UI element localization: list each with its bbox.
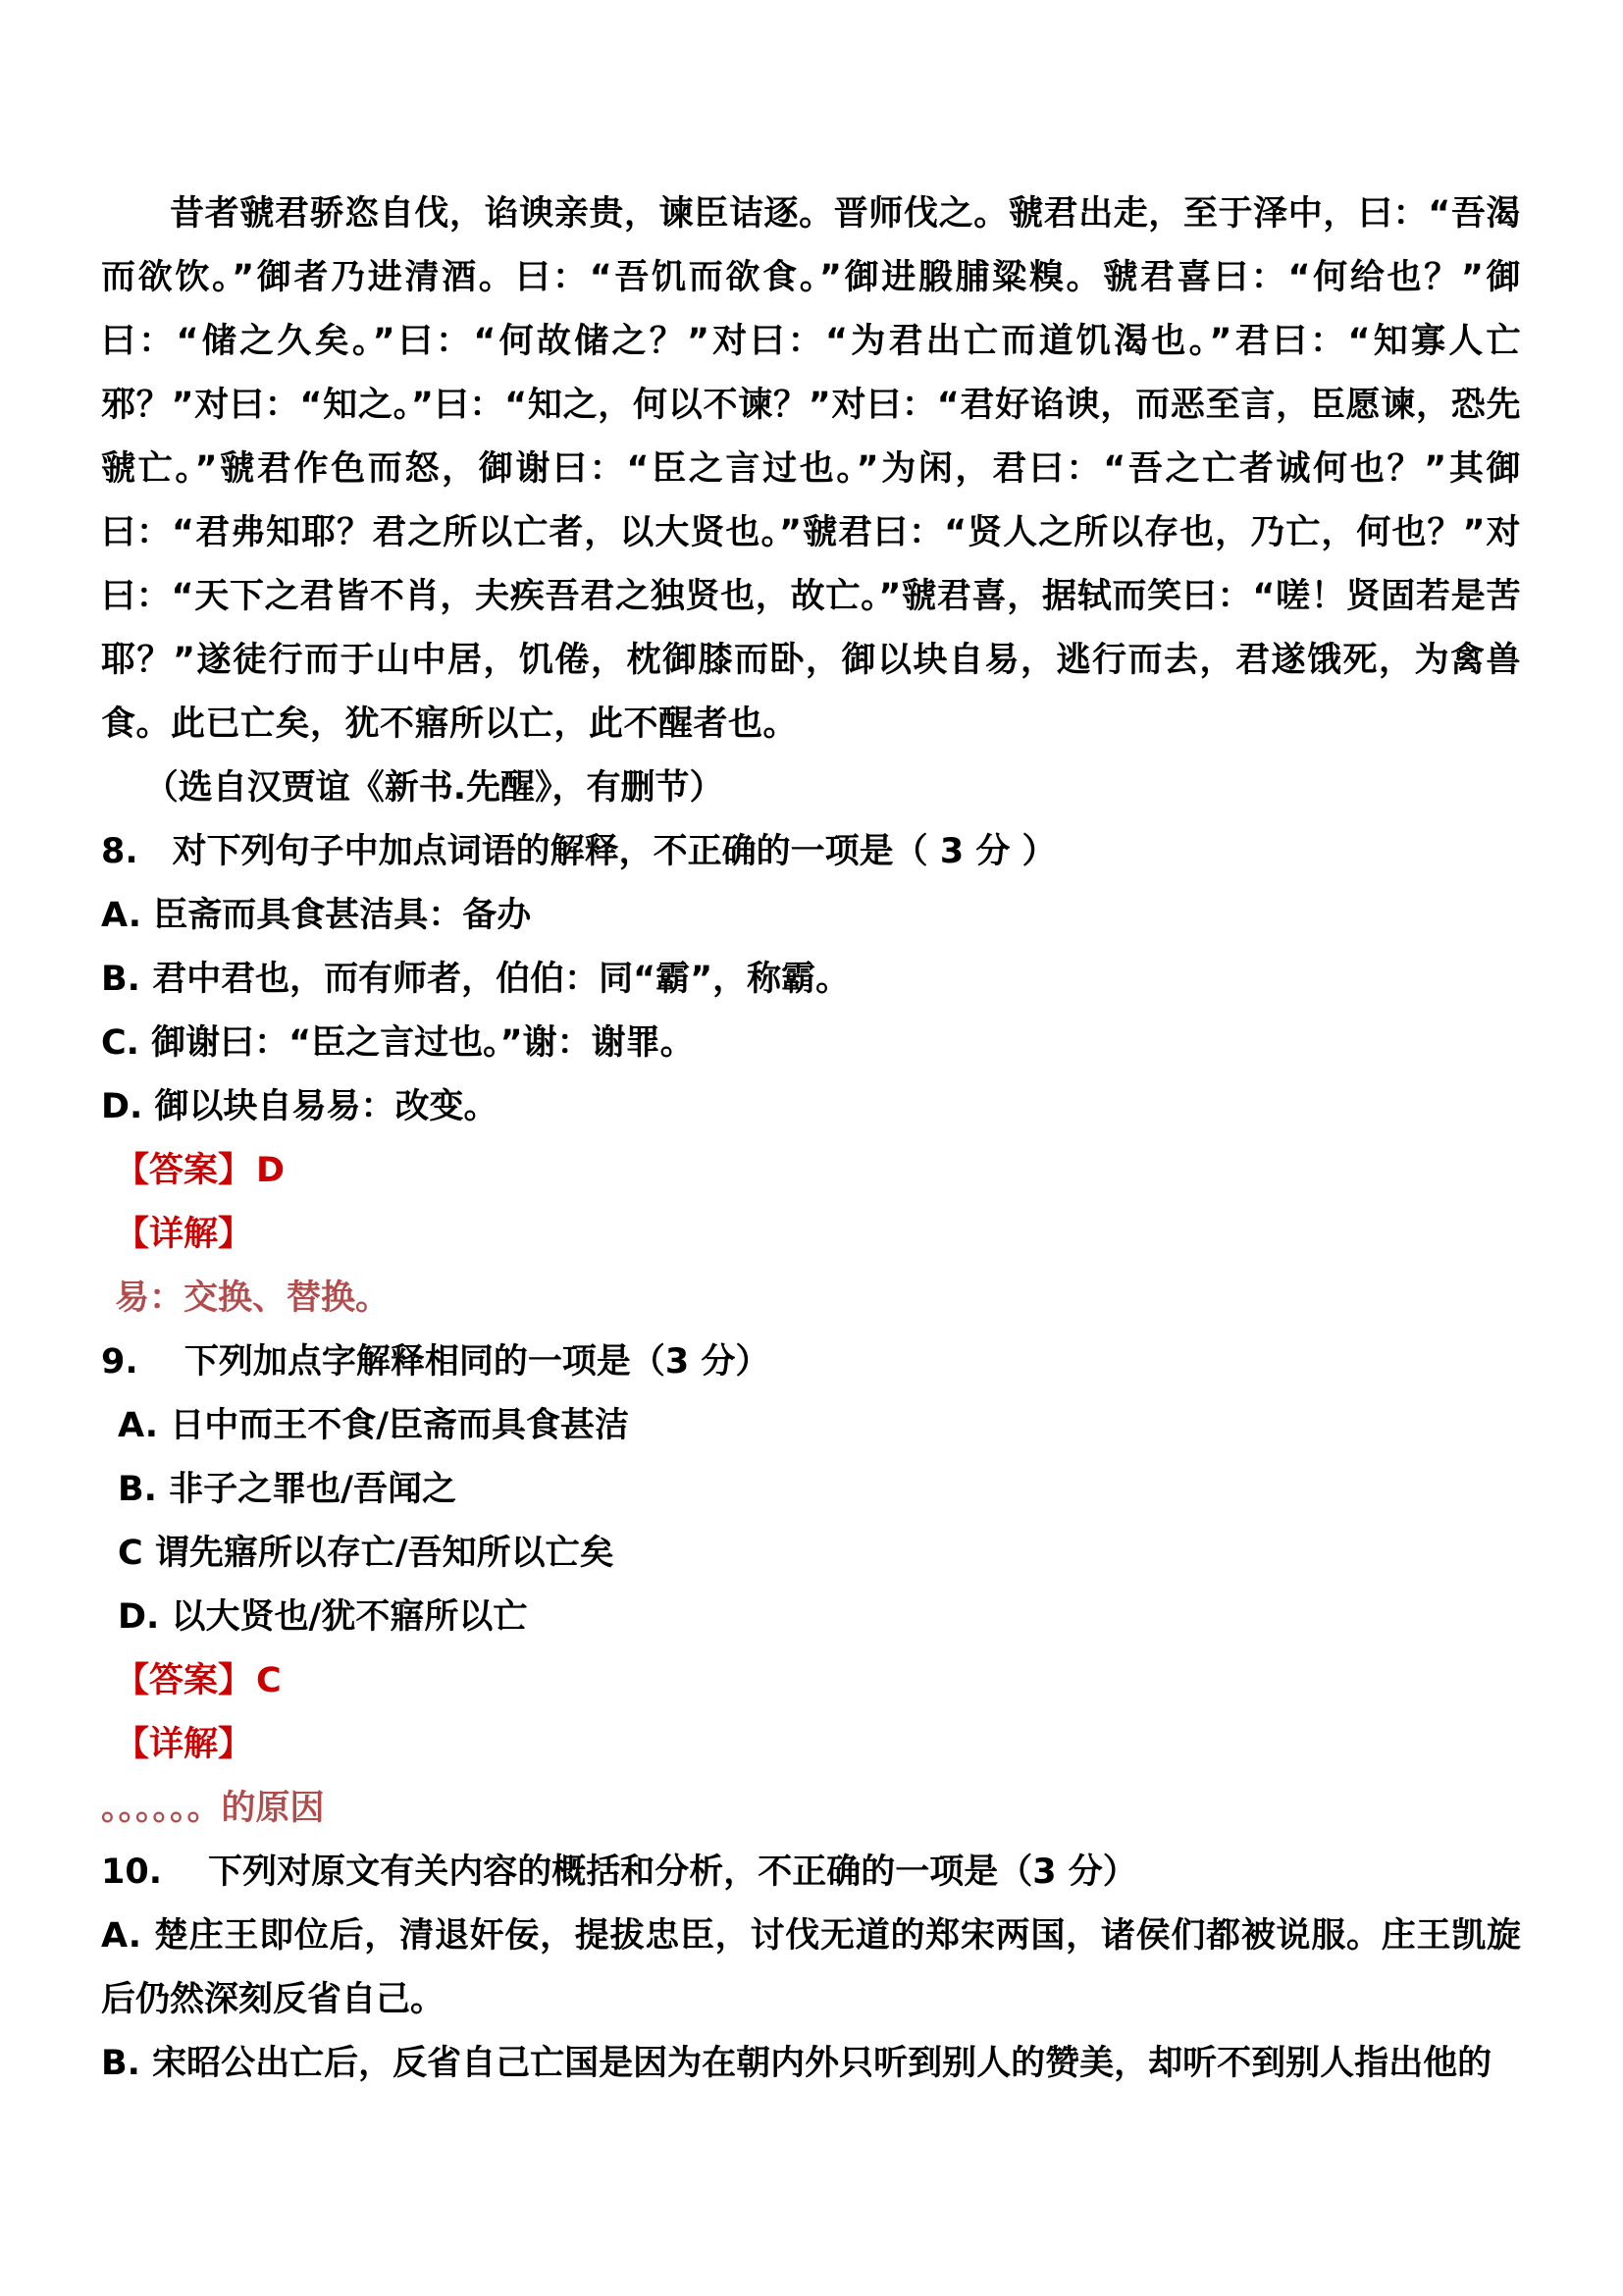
- passage-text: 昔者虢君骄恣自伐，谄谀亲贵，谏臣诘逐。晋师伐之。虢君出走，至于泽中，曰：“吾渴而…: [101, 183, 1521, 757]
- question-9-option-b: B. 非子之罪也/吾闻之: [101, 1458, 1521, 1522]
- question-8-option-c: C. 御谢曰：“臣之言过也。”谢：谢罪。: [101, 1012, 1521, 1075]
- question-8-option-d: D. 御以块自易易：改变。: [101, 1075, 1521, 1139]
- detail-text: 易：交换、替换。: [115, 1278, 390, 1318]
- question-10-stem: 10. 下列对原文有关内容的概括和分析，不正确的一项是（3 分）: [101, 1841, 1521, 1905]
- question-8-answer-line: 【答案】D: [101, 1139, 1521, 1203]
- detail-label: 【详解】: [115, 1725, 252, 1764]
- question-10-option-a: A. 楚庄王即位后，清退奸佞，提拔忠臣，讨伐无道的郑宋两国，诸侯们都被说服。庄王…: [101, 1905, 1521, 2032]
- answer-label: 【答案】: [115, 1151, 252, 1190]
- detail-text: 。。。。。。的原因: [101, 1789, 325, 1828]
- document-page: 昔者虢君骄恣自伐，谄谀亲贵，谏臣诘逐。晋师伐之。虢君出走，至于泽中，曰：“吾渴而…: [0, 0, 1623, 2296]
- question-10-option-b: B. 宋昭公出亡后，反省自己亡国是因为在朝内外只听到别人的赞美，却听不到别人指出…: [101, 2032, 1521, 2096]
- question-9-answer-line: 【答案】C: [101, 1649, 1521, 1713]
- question-8-option-a: A. 臣斋而具食甚洁具：备办: [101, 884, 1521, 948]
- question-9-option-c: C 谓先寤所以存亡/吾知所以亡矣: [101, 1522, 1521, 1586]
- detail-label: 【详解】: [115, 1215, 252, 1254]
- answer-value: D: [252, 1151, 285, 1190]
- question-8-stem: 8. 对下列句子中加点词语的解释，不正确的一项是（ 3 分 ）: [101, 820, 1521, 884]
- answer-value: C: [252, 1661, 282, 1700]
- question-9-option-a: A. 日中而王不食/臣斋而具食甚洁: [101, 1394, 1521, 1458]
- answer-label: 【答案】: [115, 1661, 252, 1700]
- question-9-detail-text: 。。。。。。的原因: [101, 1777, 1521, 1841]
- question-8-detail-label: 【详解】: [101, 1203, 1521, 1267]
- passage-citation: （选自汉贾谊《新书.先醒》，有删节）: [101, 757, 1521, 820]
- question-9-option-d: D. 以大贤也/犹不寤所以亡: [101, 1586, 1521, 1649]
- question-9-stem: 9. 下列加点字解释相同的一项是（3 分）: [101, 1331, 1521, 1394]
- question-8-option-b: B. 君中君也，而有师者，伯伯：同“霸”，称霸。: [101, 948, 1521, 1012]
- question-9-detail-label: 【详解】: [101, 1713, 1521, 1777]
- question-8-detail-text: 易：交换、替换。: [101, 1267, 1521, 1331]
